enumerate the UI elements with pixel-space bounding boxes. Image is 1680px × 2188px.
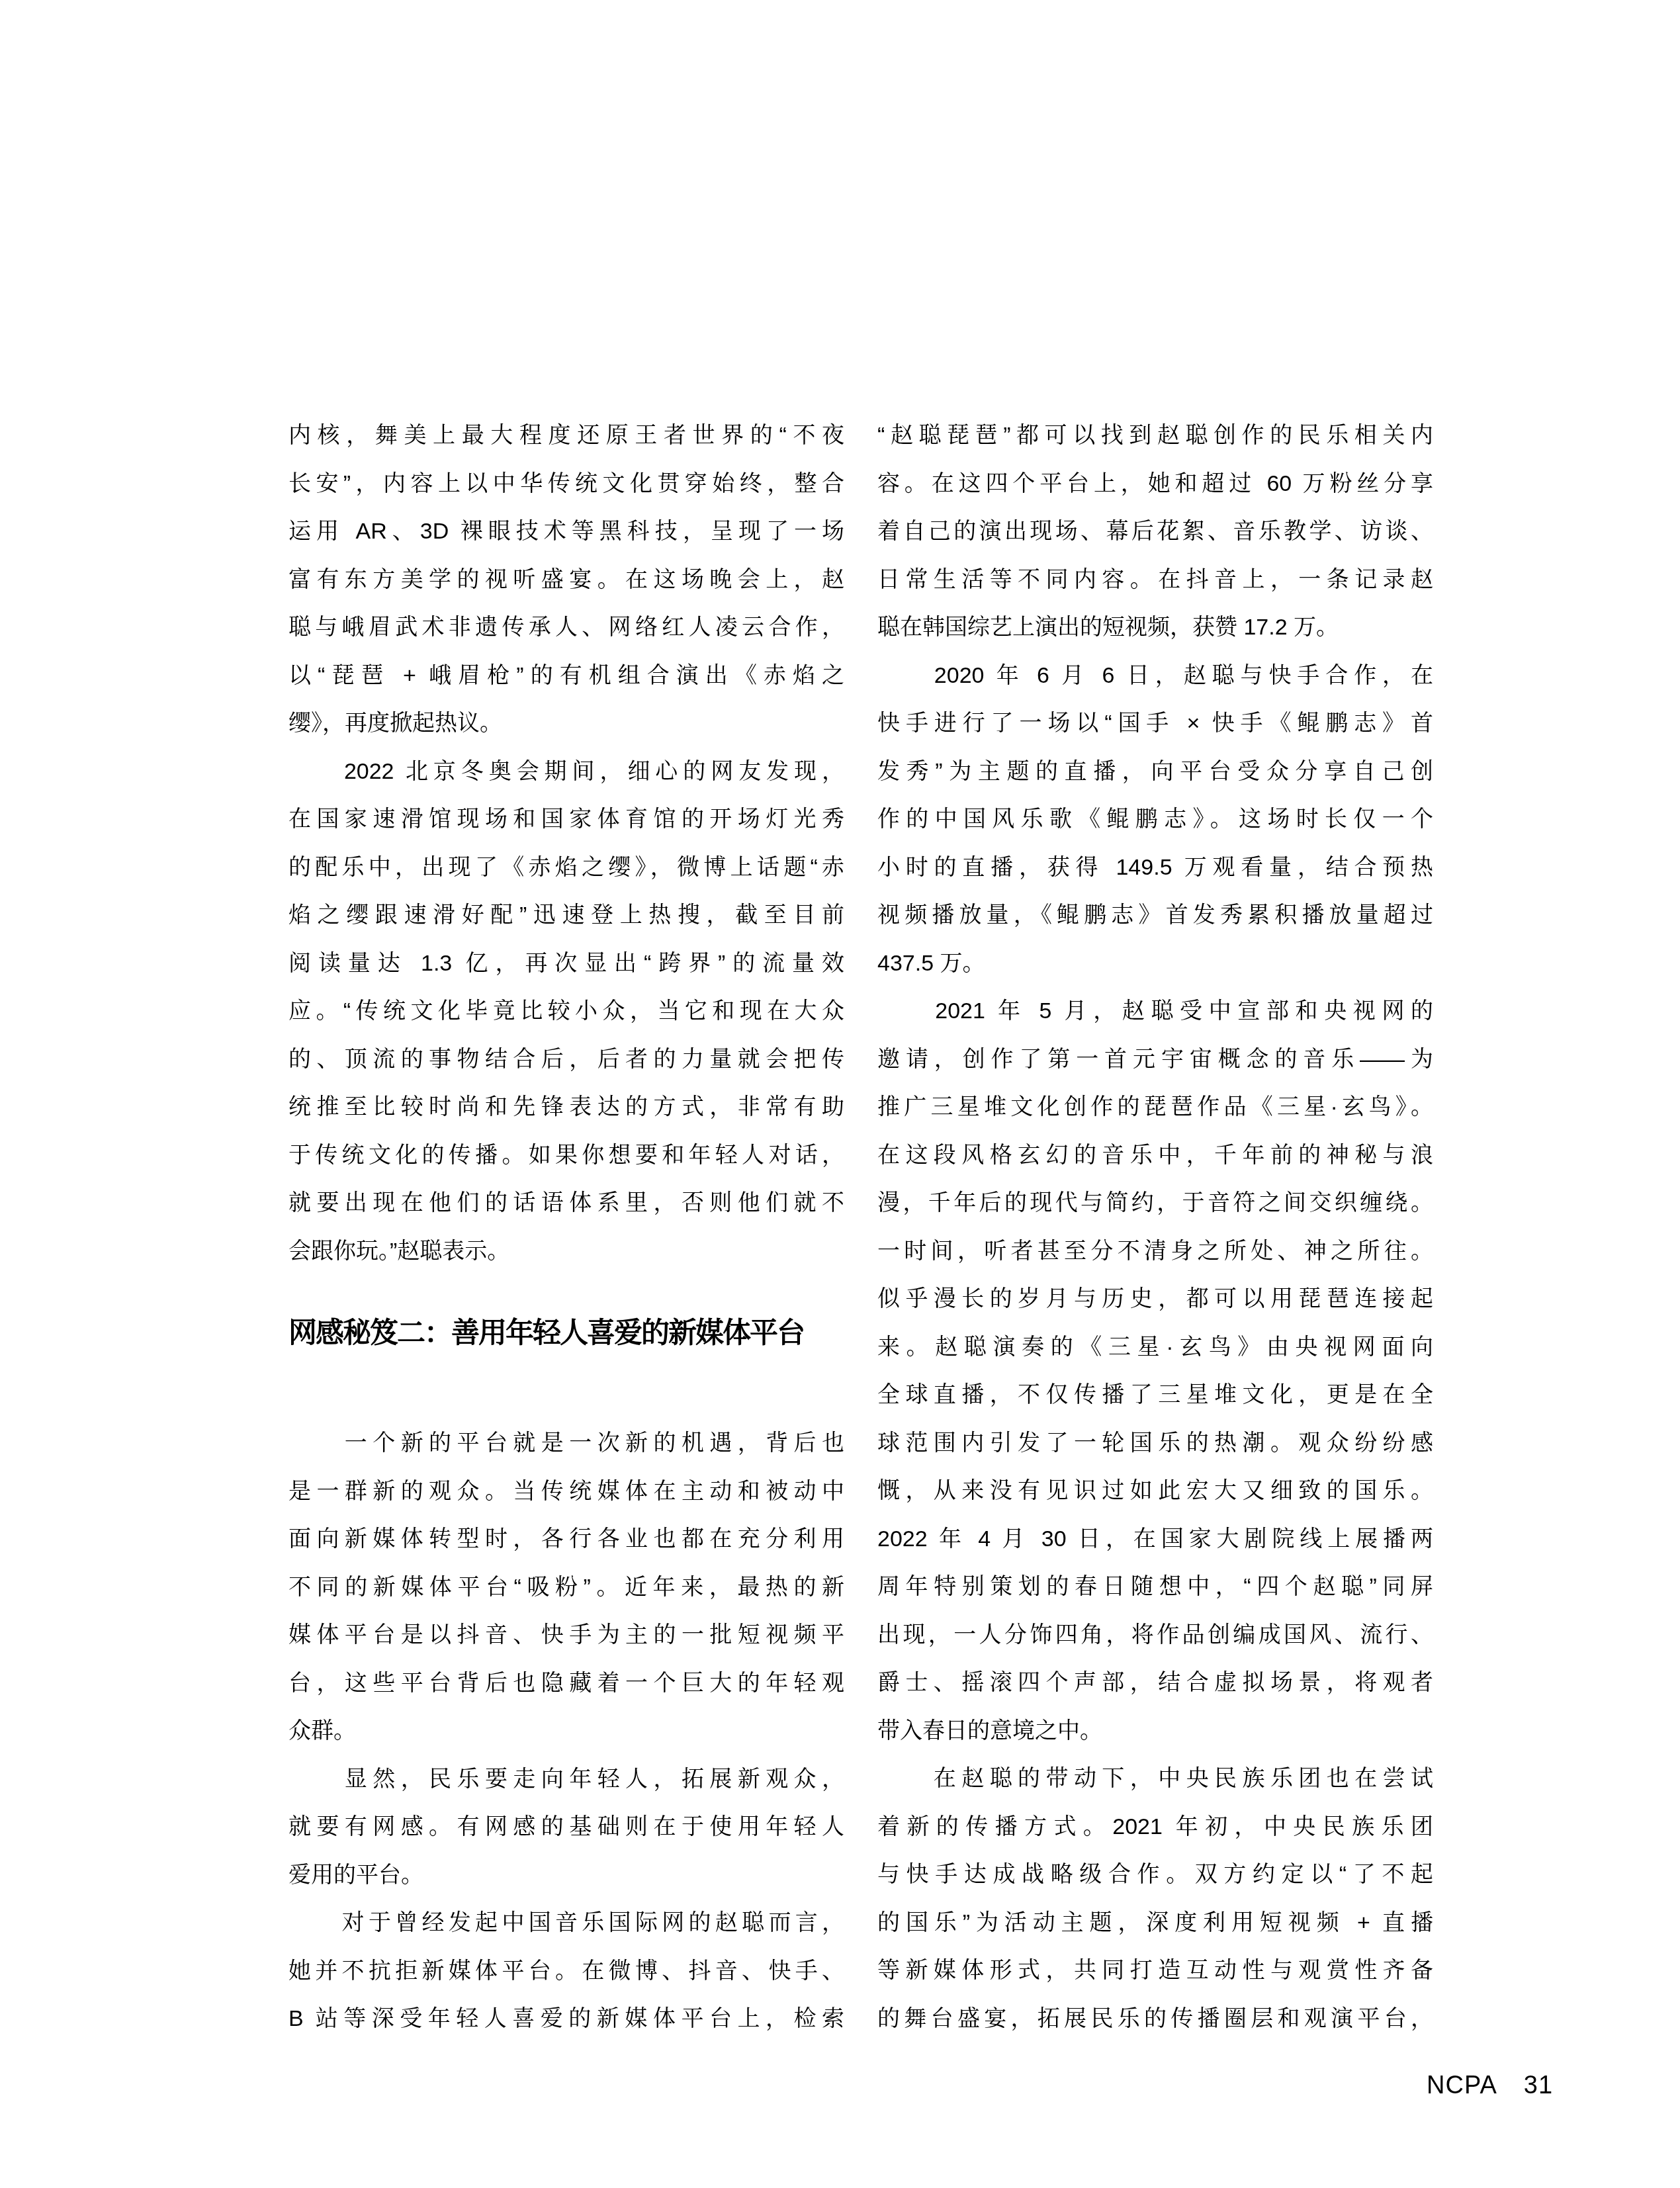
section-heading: 网感秘笈二：善用年轻人喜爱的新媒体平台 [288, 1313, 844, 1353]
text-line: 的、顶流的事物结合后，后者的力量就会把传 [288, 1035, 844, 1084]
text-line: 发秀”为主题的直播，向平台受众分享自己创 [877, 748, 1433, 796]
paragraph: 显然，民乐要走向年轻人，拓展新观众，就要有网感。有网感的基础则在于使用年轻人爱用… [288, 1755, 844, 1900]
text-line: 出现，一人分饰四角，将作品创编成国风、流行、 [877, 1611, 1433, 1659]
text-line: 在赵聪的带动下，中央民族乐团也在尝试 [877, 1755, 1433, 1803]
text-line: 众群。 [288, 1707, 844, 1755]
magazine-page: 内核，舞美上最大程度还原王者世界的“不夜长安”，内容上以中华传统文化贯穿始终，整… [0, 0, 1680, 2188]
text-line: 邀请，创作了第一首元宇宙概念的音乐——为 [877, 1035, 1433, 1084]
paragraph: 2021 年 5 月，赵聪受中宣部和央视网的邀请，创作了第一首元宇宙概念的音乐—… [877, 987, 1433, 1755]
text-line: 对于曾经发起中国音乐国际网的赵聪而言， [288, 1899, 844, 1947]
text-line: 一时间，听者甚至分不清身之所处、神之所往。 [877, 1227, 1433, 1276]
paragraph: 2020 年 6 月 6 日，赵聪与快手合作，在快手进行了一场以“国手 × 快手… [877, 652, 1433, 988]
text-line: 应。“传统文化毕竟比较小众，当它和现在大众 [288, 987, 844, 1035]
right-column: “赵聪琵琶”都可以找到赵聪创作的民乐相关内容。在这四个平台上，她和超过 60 万… [877, 412, 1433, 2042]
paragraph: 对于曾经发起中国音乐国际网的赵聪而言，她并不抗拒新媒体平台。在微博、抖音、快手、… [288, 1899, 844, 2043]
text-line: 作的中国风乐歌《鲲鹏志》。这场时长仅一个 [877, 795, 1433, 844]
paragraph: “赵聪琵琶”都可以找到赵聪创作的民乐相关内容。在这四个平台上，她和超过 60 万… [877, 412, 1433, 652]
journal-name: NCPA [1427, 2072, 1497, 2099]
text-line: 2022 年 4 月 30 日，在国家大剧院线上展播两 [877, 1515, 1433, 1563]
text-line: 爱用的平台。 [288, 1851, 844, 1900]
paragraph: 一个新的平台就是一次新的机遇，背后也是一群新的观众。当传统媒体在主动和被动中面向… [288, 1419, 844, 1755]
text-line: 面向新媒体转型时，各行各业也都在充分利用 [288, 1515, 844, 1563]
paragraph: 2022 北京冬奥会期间，细心的网友发现，在国家速滑馆现场和国家体育馆的开场灯光… [288, 748, 844, 1276]
text-line: 的国乐”为活动主题，深度利用短视频 + 直播 [877, 1899, 1433, 1947]
text-line: 于传统文化的传播。如果你想要和年轻人对话， [288, 1131, 844, 1180]
text-line: 会跟你玩。”赵聪表示。 [288, 1227, 844, 1276]
text-line: 推广三星堆文化创作的琵琶作品《三星·玄鸟》。 [877, 1083, 1433, 1131]
text-line: 全球直播，不仅传播了三星堆文化，更是在全 [877, 1371, 1433, 1419]
page-number: 31 [1524, 2072, 1553, 2099]
text-line: 就要出现在他们的话语体系里，否则他们就不 [288, 1179, 844, 1227]
text-line: 日常生活等不同内容。在抖音上，一条记录赵 [877, 556, 1433, 604]
text-line: B 站等深受年轻人喜爱的新媒体平台上，检索 [288, 1995, 844, 2043]
text-line: 2021 年 5 月，赵聪受中宣部和央视网的 [877, 987, 1433, 1035]
text-line: 聪在韩国综艺上演出的短视频，获赞 17.2 万。 [877, 603, 1433, 652]
text-line: 长安”，内容上以中华传统文化贯穿始终，整合 [288, 460, 844, 508]
text-line: 她并不抗拒新媒体平台。在微博、抖音、快手、 [288, 1947, 844, 1995]
paragraph: 在赵聪的带动下，中央民族乐团也在尝试着新的传播方式。2021 年初，中央民族乐团… [877, 1755, 1433, 2042]
text-line: 视频播放量，《鲲鹏志》首发秀累积播放量超过 [877, 891, 1433, 940]
text-line: 小时的直播，获得 149.5 万观看量，结合预热 [877, 844, 1433, 892]
text-line: 统推至比较时尚和先锋表达的方式，非常有助 [288, 1083, 844, 1131]
text-line: 漫，千年后的现代与简约，于音符之间交织缠绕。 [877, 1179, 1433, 1227]
text-line: 富有东方美学的视听盛宴。在这场晚会上，赵 [288, 556, 844, 604]
text-line: 显然，民乐要走向年轻人，拓展新观众， [288, 1755, 844, 1804]
text-line: 焰之缨跟速滑好配”迅速登上热搜，截至目前 [288, 891, 844, 940]
text-line: 在国家速滑馆现场和国家体育馆的开场灯光秀 [288, 795, 844, 844]
text-line: 437.5 万。 [877, 940, 1433, 988]
text-line: 周年特别策划的春日随想中，“四个赵聪”同屏 [877, 1563, 1433, 1611]
text-line: 的舞台盛宴，拓展民乐的传播圈层和观演平台， [877, 1995, 1433, 2043]
text-line: 就要有网感。有网感的基础则在于使用年轻人 [288, 1803, 844, 1851]
text-line: “赵聪琵琶”都可以找到赵聪创作的民乐相关内 [877, 412, 1433, 460]
text-line: 2022 北京冬奥会期间，细心的网友发现， [288, 748, 844, 796]
text-line: 慨，从来没有见识过如此宏大又细致的国乐。 [877, 1467, 1433, 1515]
text-line: 快手进行了一场以“国手 × 快手《鲲鹏志》首 [877, 699, 1433, 748]
text-line: 媒体平台是以抖音、快手为主的一批短视频平 [288, 1611, 844, 1659]
text-line: 爵士、摇滚四个声部，结合虚拟场景，将观者 [877, 1659, 1433, 1707]
text-line: 以“琵琶 + 峨眉枪”的有机组合演出《赤焰之 [288, 652, 844, 700]
text-line: 是一群新的观众。当传统媒体在主动和被动中 [288, 1467, 844, 1516]
text-line: 容。在这四个平台上，她和超过 60 万粉丝分享 [877, 460, 1433, 508]
text-line: 缨》，再度掀起热议。 [288, 699, 844, 748]
text-line: 似乎漫长的岁月与历史，都可以用琵琶连接起 [877, 1275, 1433, 1323]
text-line: 一个新的平台就是一次新的机遇，背后也 [288, 1419, 844, 1467]
text-line: 内核，舞美上最大程度还原王者世界的“不夜 [288, 412, 844, 460]
page-footer: NCPA31 [1427, 2070, 1553, 2101]
left-column: 内核，舞美上最大程度还原王者世界的“不夜长安”，内容上以中华传统文化贯穿始终，整… [288, 412, 844, 2043]
text-line: 着自己的演出现场、幕后花絮、音乐教学、访谈、 [877, 507, 1433, 556]
text-line: 运用 AR、3D 裸眼技术等黑科技，呈现了一场 [288, 507, 844, 556]
text-line: 与快手达成战略级合作。双方约定以“了不起 [877, 1851, 1433, 1899]
text-line: 带入春日的意境之中。 [877, 1707, 1433, 1755]
text-line: 不同的新媒体平台“吸粉”。近年来，最热的新 [288, 1563, 844, 1612]
text-line: 球范围内引发了一轮国乐的热潮。观众纷纷感 [877, 1419, 1433, 1467]
text-line: 在这段风格玄幻的音乐中，千年前的神秘与浪 [877, 1131, 1433, 1180]
text-line: 着新的传播方式。2021 年初，中央民族乐团 [877, 1803, 1433, 1851]
text-line: 等新媒体形式，共同打造互动性与观赏性齐备 [877, 1947, 1433, 1995]
text-line: 2020 年 6 月 6 日，赵聪与快手合作，在 [877, 652, 1433, 700]
text-line: 来。赵聪演奏的《三星·玄鸟》由央视网面向 [877, 1323, 1433, 1372]
text-line: 的配乐中，出现了《赤焰之缨》，微博上话题“赤 [288, 844, 844, 892]
text-line: 聪与峨眉武术非遗传承人、网络红人凌云合作， [288, 603, 844, 652]
paragraph: 内核，舞美上最大程度还原王者世界的“不夜长安”，内容上以中华传统文化贯穿始终，整… [288, 412, 844, 748]
text-line: 台，这些平台背后也隐藏着一个巨大的年轻观 [288, 1659, 844, 1708]
text-line: 阅读量达 1.3 亿，再次显出“跨界”的流量效 [288, 940, 844, 988]
